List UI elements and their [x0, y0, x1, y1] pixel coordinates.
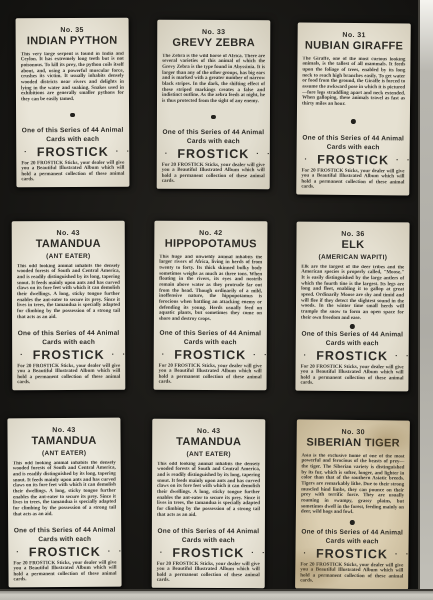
card-title: TAMANDUA: [13, 436, 116, 448]
brand-name: FROSTICK: [29, 544, 101, 559]
series-note-line1: One of this Series of 44 Animal: [301, 331, 404, 340]
card-title: INDIAN PYTHON: [21, 36, 124, 48]
card-number: No. 43: [17, 230, 120, 237]
separator-area: [17, 320, 120, 330]
brand-dots-left: · ·: [16, 147, 30, 156]
trading-card-back: No. 30 SIBERIAN TIGER Asia is the exclus…: [295, 419, 410, 589]
card-subtitle: (ANT EATER): [157, 450, 260, 457]
series-note-line2: Cards with each: [159, 338, 262, 347]
card-number: No. 30: [302, 428, 405, 436]
promo-text: For 20 FROSTICK Sticks, your dealer will…: [301, 168, 404, 191]
trading-card-back: No. 43 TAMANDUA (ANT EATER) This odd loo…: [152, 419, 266, 588]
promo-text: For 20 FROSTICK Sticks, your dealer will…: [162, 162, 265, 185]
card-description: This odd looking animal inhabits the den…: [13, 460, 116, 518]
brand-dots-left: · ·: [12, 350, 26, 359]
series-note: One of this Series of 44 Animal Cards wi…: [17, 330, 120, 347]
series-note-line2: Cards with each: [301, 537, 404, 546]
series-note: One of this Series of 44 Animal Cards wi…: [157, 528, 260, 545]
separator-area: [157, 518, 260, 528]
card-subtitle: (AMERICAN WAPITI): [301, 253, 404, 261]
card-title: HIPPOPOTAMUS: [159, 239, 262, 251]
series-note-line1: One of this Series of 44 Animal: [301, 529, 404, 538]
card-subtitle: (ANT EATER): [13, 449, 116, 457]
brand-dots-left: · ·: [157, 149, 171, 158]
card-description: Elk are the largest of the deer tribes a…: [301, 264, 404, 322]
trading-card-back: No. 42 HIPPOPOTAMUS This huge and unwiel…: [154, 221, 268, 391]
trading-card-back: No. 43 TAMANDUA (ANT EATER) This odd loo…: [12, 221, 126, 390]
brand-dots-right: · ·: [256, 149, 270, 158]
brand-row: · · FROSTICK · ·: [13, 544, 116, 559]
separator-dot: [70, 113, 75, 118]
card-description: Asia is the exclusive home of one of the…: [301, 453, 405, 517]
separator-dot: [351, 119, 356, 124]
series-note-line2: Cards with each: [302, 143, 405, 152]
brand-dots-right: · ·: [253, 350, 267, 359]
card-title: TAMANDUA: [157, 437, 260, 449]
brand-name: FROSTICK: [317, 152, 389, 167]
holder-right-edge: [418, 0, 433, 600]
card-description: This odd looking animal inhabits the den…: [17, 263, 120, 320]
brand-name: FROSTICK: [174, 347, 246, 361]
series-note-line2: Cards with each: [21, 135, 124, 144]
brand-row: · · FROSTICK · ·: [17, 347, 120, 361]
promo-text: For 20 FROSTICK Sticks, your dealer will…: [300, 562, 403, 585]
trading-card-back: No. 36 ELK (AMERICAN WAPITI) Elk are the…: [295, 222, 409, 392]
separator-area: [302, 107, 405, 136]
brand-dots-left: · ·: [295, 351, 309, 360]
series-note-line1: One of this Series of 44 Animal: [21, 127, 124, 136]
trading-card-back: No. 35 INDIAN PYTHON This very large ser…: [16, 18, 130, 188]
brand-name: FROSTICK: [177, 146, 249, 160]
brand-row: · · FROSTICK · ·: [159, 347, 262, 362]
brand-dots-right: · ·: [116, 147, 130, 156]
series-note-line2: Cards with each: [13, 535, 116, 544]
card-subtitle: (ANT EATER): [17, 252, 120, 259]
brand-name: FROSTICK: [316, 348, 388, 363]
brand-dots-right: · ·: [396, 155, 411, 164]
separator-dot: [350, 520, 355, 525]
card-description: This odd looking animal inhabits the den…: [157, 461, 260, 518]
card-description: The Giraffe, one of the most curious loo…: [302, 56, 405, 108]
trading-card-back: No. 31 NUBIAN GIRAFFE The Giraffe, one o…: [296, 23, 410, 196]
brand-row: · · FROSTICK · ·: [301, 348, 404, 363]
series-note-line1: One of this Series of 44 Animal: [162, 129, 265, 137]
trading-card-back: No. 33 GREVY ZEBRA The Zebra is the wild…: [157, 20, 271, 189]
series-note-line1: One of this Series of 44 Animal: [17, 330, 120, 338]
brand-row: · · FROSTICK · ·: [300, 546, 403, 561]
card-number: No. 31: [303, 32, 406, 40]
trading-card-back: No. 43 TAMANDUA (ANT EATER) This odd loo…: [7, 418, 121, 588]
series-note-line2: Cards with each: [301, 339, 404, 348]
series-note-line1: One of this Series of 44 Animal: [157, 528, 260, 536]
series-note-line1: One of this Series of 44 Animal: [302, 135, 405, 144]
brand-row: · · FROSTICK · ·: [157, 545, 260, 559]
card-number: No. 33: [162, 29, 265, 36]
brand-dots-left: · ·: [296, 155, 310, 164]
brand-dots-right: · ·: [251, 548, 265, 557]
card-album-photo: No. 35 INDIAN PYTHON This very large ser…: [0, 0, 433, 600]
brand-dots-left: · ·: [295, 548, 309, 557]
brand-name: FROSTICK: [37, 144, 109, 158]
brand-dots-right: · ·: [395, 550, 410, 559]
series-note-line2: Cards with each: [162, 137, 265, 145]
card-title: GREVY ZEBRA: [162, 38, 265, 50]
card-number: No. 43: [157, 428, 260, 435]
holder-bottom-edge: [0, 589, 433, 600]
card-number: No. 36: [301, 231, 404, 239]
brand-dots-right: · ·: [395, 351, 410, 360]
card-number: No. 35: [21, 27, 124, 35]
series-note: One of this Series of 44 Animal Cards wi…: [162, 129, 265, 146]
brand-dots-right: · ·: [108, 547, 122, 556]
card-title: ELK: [301, 240, 404, 252]
brand-name: FROSTICK: [316, 546, 388, 561]
card-description: This very large serpent is found in Indi…: [21, 51, 124, 103]
series-note: One of this Series of 44 Animal Cards wi…: [159, 330, 262, 347]
brand-dots-left: · ·: [154, 350, 168, 359]
card-title: TAMANDUA: [17, 239, 120, 251]
promo-text: For 20 FROSTICK Sticks, your dealer will…: [300, 364, 403, 387]
series-note-line1: One of this Series of 44 Animal: [13, 527, 116, 536]
separator-area: [21, 102, 124, 127]
series-note: One of this Series of 44 Animal Cards wi…: [301, 331, 404, 348]
brand-dots-right: · ·: [112, 350, 126, 359]
brand-row: · · FROSTICK · ·: [301, 152, 404, 167]
series-note-line2: Cards with each: [17, 338, 120, 346]
series-note: One of this Series of 44 Animal Cards wi…: [21, 127, 124, 144]
card-description: The Zebra is the wild horse of Africa. T…: [162, 53, 265, 105]
series-note: One of this Series of 44 Animal Cards wi…: [13, 527, 116, 544]
promo-text: For 20 FROSTICK Sticks, your dealer will…: [17, 363, 120, 386]
separator-area: [162, 105, 265, 130]
series-note: One of this Series of 44 Animal Cards wi…: [302, 135, 405, 152]
separator-dot: [211, 115, 216, 120]
brand-row: · · FROSTICK · ·: [162, 146, 265, 160]
promo-text: For 20 FROSTICK Sticks, your dealer will…: [13, 560, 116, 583]
card-description: This huge and unwieldy animal inhabits t…: [159, 254, 262, 323]
brand-dots-left: · ·: [152, 548, 166, 557]
card-number: No. 43: [12, 427, 115, 435]
series-note: One of this Series of 44 Animal Cards wi…: [301, 529, 404, 546]
series-note-line2: Cards with each: [157, 536, 260, 544]
separator-dot: [350, 324, 355, 329]
separator-area: [301, 516, 404, 530]
card-title: SIBERIAN TIGER: [302, 437, 405, 450]
card-number: No. 42: [159, 230, 262, 238]
promo-text: For 20 FROSTICK Sticks, your dealer will…: [21, 160, 124, 183]
brand-name: FROSTICK: [172, 545, 244, 559]
promo-text: For 20 FROSTICK Sticks, your dealer will…: [157, 561, 260, 584]
brand-row: · · FROSTICK · ·: [21, 144, 124, 159]
brand-name: FROSTICK: [33, 347, 105, 361]
series-note-line1: One of this Series of 44 Animal: [159, 330, 262, 339]
card-title: NUBIAN GIRAFFE: [302, 41, 405, 53]
promo-text: For 20 FROSTICK Sticks, your dealer will…: [159, 363, 262, 386]
brand-dots-left: · ·: [7, 547, 22, 556]
